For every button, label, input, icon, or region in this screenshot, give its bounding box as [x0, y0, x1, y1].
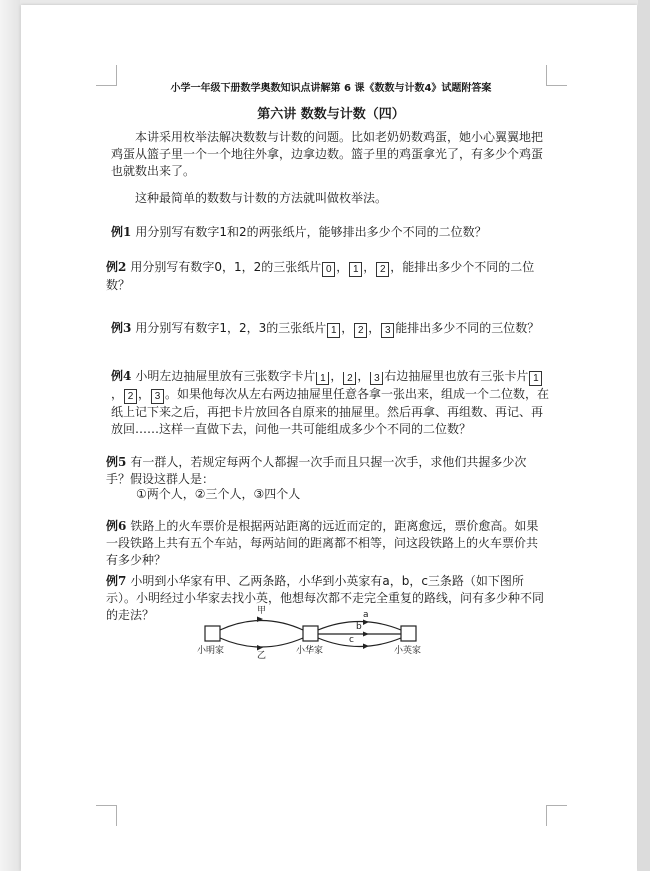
node-label-xiaoming: 小明家 — [197, 646, 224, 656]
card-1: 1 — [327, 323, 340, 338]
card-right-1: 1 — [529, 371, 542, 386]
intro-paragraph-1: 本讲采用枚举法解决数数与计数的问题。比如老奶奶数鸡蛋，她小心翼翼地把鸡蛋从篮子里… — [111, 129, 551, 180]
path-label-c: c — [349, 635, 354, 645]
card-left-3: 3 — [370, 372, 383, 385]
card-1: 1 — [349, 262, 362, 277]
card-left-1: 1 — [316, 372, 329, 385]
example-6: 例6铁路上的火车票价是根据两站距离的远近而定的，距离愈远，票价愈高。如果一段铁路… — [106, 518, 546, 569]
document-header-title: 小学一年级下册数学奥数知识点讲解第 6 课《数数与计数4》试题附答案 — [111, 80, 551, 98]
arrow-b-icon — [363, 632, 369, 637]
example-2: 例2用分别写有数字0，1，2的三张纸片0，1，2，能排出多少个不同的二位数？ — [106, 259, 546, 294]
example-2-text-before: 用分别写有数字0，1，2的三张纸片 — [130, 260, 321, 274]
example-1-label: 例1 — [111, 225, 131, 239]
example-3-label: 例3 — [111, 321, 131, 335]
path-label-a: a — [363, 610, 369, 620]
node-label-xiaohua: 小华家 — [296, 646, 323, 656]
arrow-c-icon — [363, 644, 369, 650]
card-left-2: 2 — [343, 372, 356, 385]
example-5-text: 有一群人，若规定每两个人都握一次手而且只握一次手，求他们共握多少次手？假设这群人… — [106, 455, 526, 486]
card-2: 2 — [376, 262, 389, 277]
example-5-options: ①两个人，②三个人，③四个人 — [136, 486, 300, 503]
example-7-label: 例7 — [106, 574, 126, 588]
example-1-text: 用分别写有数字1和2的两张纸片，能够排出多少个不同的二位数？ — [135, 225, 486, 239]
node-box-xiaohua — [303, 626, 318, 641]
example-4-text-after: 。如果他每次从左右两边抽屉里任意各拿一张出来，组成一个二位数，在纸上记下来之后，… — [111, 387, 549, 436]
example-2-label: 例2 — [106, 260, 126, 274]
node-box-xiaoying — [401, 626, 416, 641]
example-3-text-before: 用分别写有数字1，2，3的三张纸片 — [135, 321, 326, 335]
example-4-text-before: 小明左边抽屉里放有三张数字卡片 — [135, 369, 315, 383]
example-4-text-middle: 右边抽屉里也放有三张卡片 — [384, 369, 528, 383]
intro-paragraph-2: 这种最简单的数数与计数的方法就叫做枚举法。 — [111, 190, 551, 207]
arrow-a-icon — [363, 620, 369, 626]
example-5: 例5有一群人，若规定每两个人都握一次手而且只握一次手，求他们共握多少次手？假设这… — [106, 454, 546, 488]
path-label-b: b — [356, 622, 362, 632]
path-label-jia: 甲 — [257, 606, 266, 616]
example-3-text-after: 能排出多少不同的三位数？ — [395, 321, 539, 335]
example-4-label: 例4 — [111, 369, 131, 383]
path-label-yi: 乙 — [257, 651, 266, 661]
card-3: 3 — [381, 323, 394, 338]
example-4: 例4小明左边抽屉里放有三张数字卡片1，2，3右边抽屉里也放有三张卡片1，2，3。… — [111, 368, 551, 438]
path-jia — [220, 621, 303, 631]
example-6-label: 例6 — [106, 519, 126, 533]
path-c — [318, 638, 401, 647]
route-diagram: 甲 乙 a b c 小明家 小华家 小英家 — [191, 601, 431, 663]
node-box-xiaoming — [205, 626, 220, 641]
lecture-title: 第六讲 数数与计数（四） — [111, 104, 551, 126]
document-viewer: 小学一年级下册数学奥数知识点讲解第 6 课《数数与计数4》试题附答案 第六讲 数… — [0, 0, 650, 871]
document-page: 小学一年级下册数学奥数知识点讲解第 6 课《数数与计数4》试题附答案 第六讲 数… — [21, 5, 637, 871]
node-label-xiaoying: 小英家 — [394, 646, 421, 656]
example-6-text: 铁路上的火车票价是根据两站距离的远近而定的，距离愈远，票价愈高。如果一段铁路上共… — [106, 519, 538, 567]
page-content: 小学一年级下册数学奥数知识点讲解第 6 课《数数与计数4》试题附答案 第六讲 数… — [111, 80, 551, 826]
example-5-label: 例5 — [106, 455, 126, 469]
example-1: 例1用分别写有数字1和2的两张纸片，能够排出多少个不同的二位数？ — [111, 224, 551, 241]
right-gutter — [638, 0, 650, 871]
card-right-3: 3 — [151, 389, 164, 404]
card-0: 0 — [322, 262, 335, 277]
path-yi — [220, 638, 303, 647]
arrow-yi-icon — [257, 645, 263, 651]
example-3: 例3用分别写有数字1，2，3的三张纸片1，2，3能排出多少不同的三位数？ — [111, 320, 551, 338]
card-2: 2 — [354, 323, 367, 338]
card-right-2: 2 — [124, 389, 137, 404]
arrow-jia-icon — [257, 617, 263, 623]
